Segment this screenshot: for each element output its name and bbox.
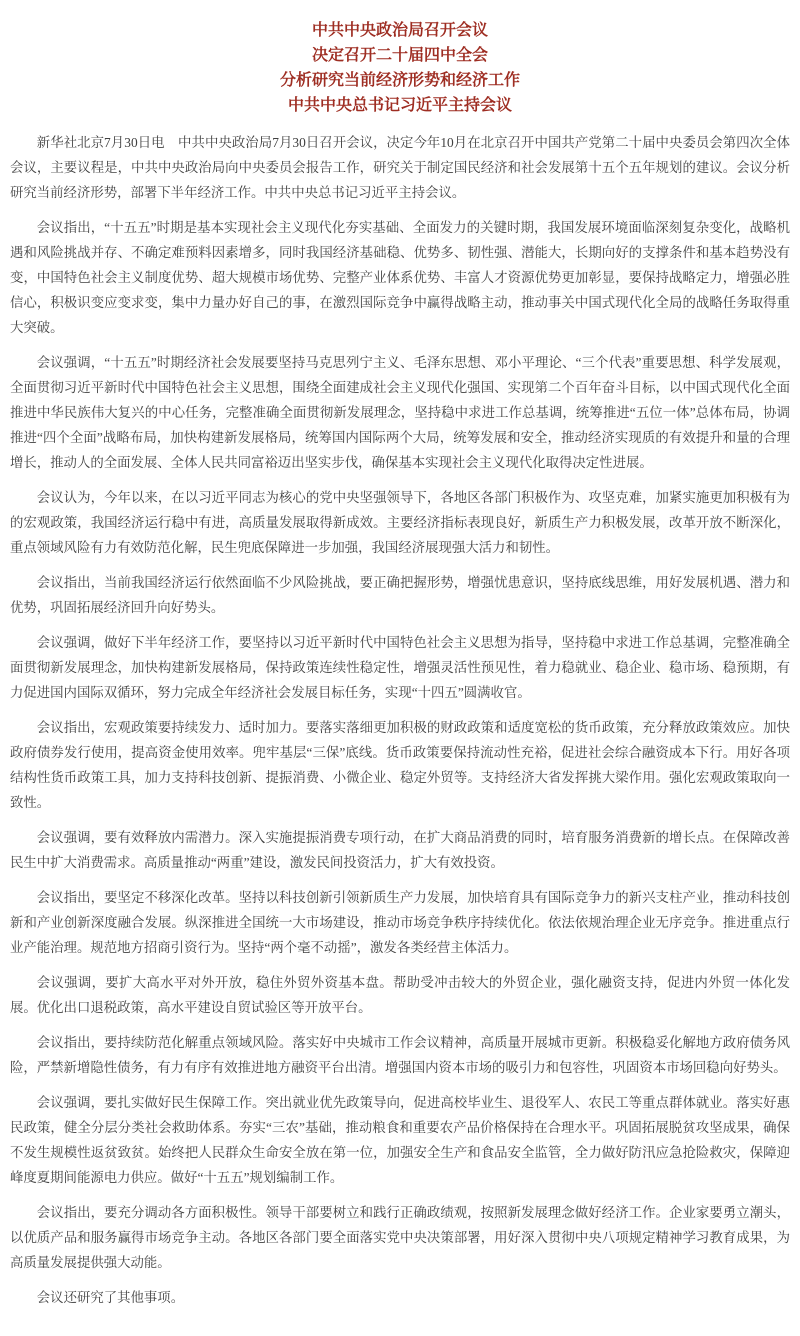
paragraph: 会议强调，做好下半年经济工作，要坚持以习近平新时代中国特色社会主义思想为指导，坚…	[10, 630, 790, 705]
paragraph: 会议强调，要有效释放内需潜力。深入实施提振消费专项行动，在扩大商品消费的同时，培…	[10, 825, 790, 875]
article-page: 中共中央政治局召开会议 决定召开二十届四中全会 分析研究当前经济形势和经济工作 …	[0, 0, 800, 1336]
paragraph: 会议强调，“十五五”时期经济社会发展要坚持马克思列宁主义、毛泽东思想、邓小平理论…	[10, 350, 790, 475]
paragraph: 会议强调，要扎实做好民生保障工作。突出就业优先政策导向，促进高校毕业生、退役军人…	[10, 1090, 790, 1190]
article-title-block: 中共中央政治局召开会议 决定召开二十届四中全会 分析研究当前经济形势和经济工作 …	[10, 18, 790, 118]
paragraph: 会议认为，今年以来，在以习近平同志为核心的党中央坚强领导下，各地区各部门积极作为…	[10, 485, 790, 560]
title-line-1: 中共中央政治局召开会议	[10, 18, 790, 43]
paragraph: 会议强调，要扩大高水平对外开放，稳住外贸外资基本盘。帮助受冲击较大的外贸企业，强…	[10, 970, 790, 1020]
paragraph: 会议指出，“十五五”时期是基本实现社会主义现代化夯实基础、全面发力的关键时期，我…	[10, 215, 790, 340]
paragraph-dateline: 新华社北京7月30日电 中共中央政治局7月30日召开会议，决定今年10月在北京召…	[10, 130, 790, 205]
title-line-3: 分析研究当前经济形势和经济工作	[10, 68, 790, 93]
paragraph-closing: 会议还研究了其他事项。	[10, 1285, 790, 1310]
paragraph: 会议指出，要持续防范化解重点领域风险。落实好中央城市工作会议精神，高质量开展城市…	[10, 1030, 790, 1080]
paragraph: 会议指出，宏观政策要持续发力、适时加力。要落实落细更加积极的财政政策和适度宽松的…	[10, 715, 790, 815]
title-line-4: 中共中央总书记习近平主持会议	[10, 93, 790, 118]
paragraph: 会议指出，要坚定不移深化改革。坚持以科技创新引领新质生产力发展，加快培育具有国际…	[10, 885, 790, 960]
title-line-2: 决定召开二十届四中全会	[10, 43, 790, 68]
paragraph: 会议指出，要充分调动各方面积极性。领导干部要树立和践行正确政绩观，按照新发展理念…	[10, 1200, 790, 1275]
paragraph: 会议指出，当前我国经济运行依然面临不少风险挑战，要正确把握形势，增强忧患意识，坚…	[10, 570, 790, 620]
